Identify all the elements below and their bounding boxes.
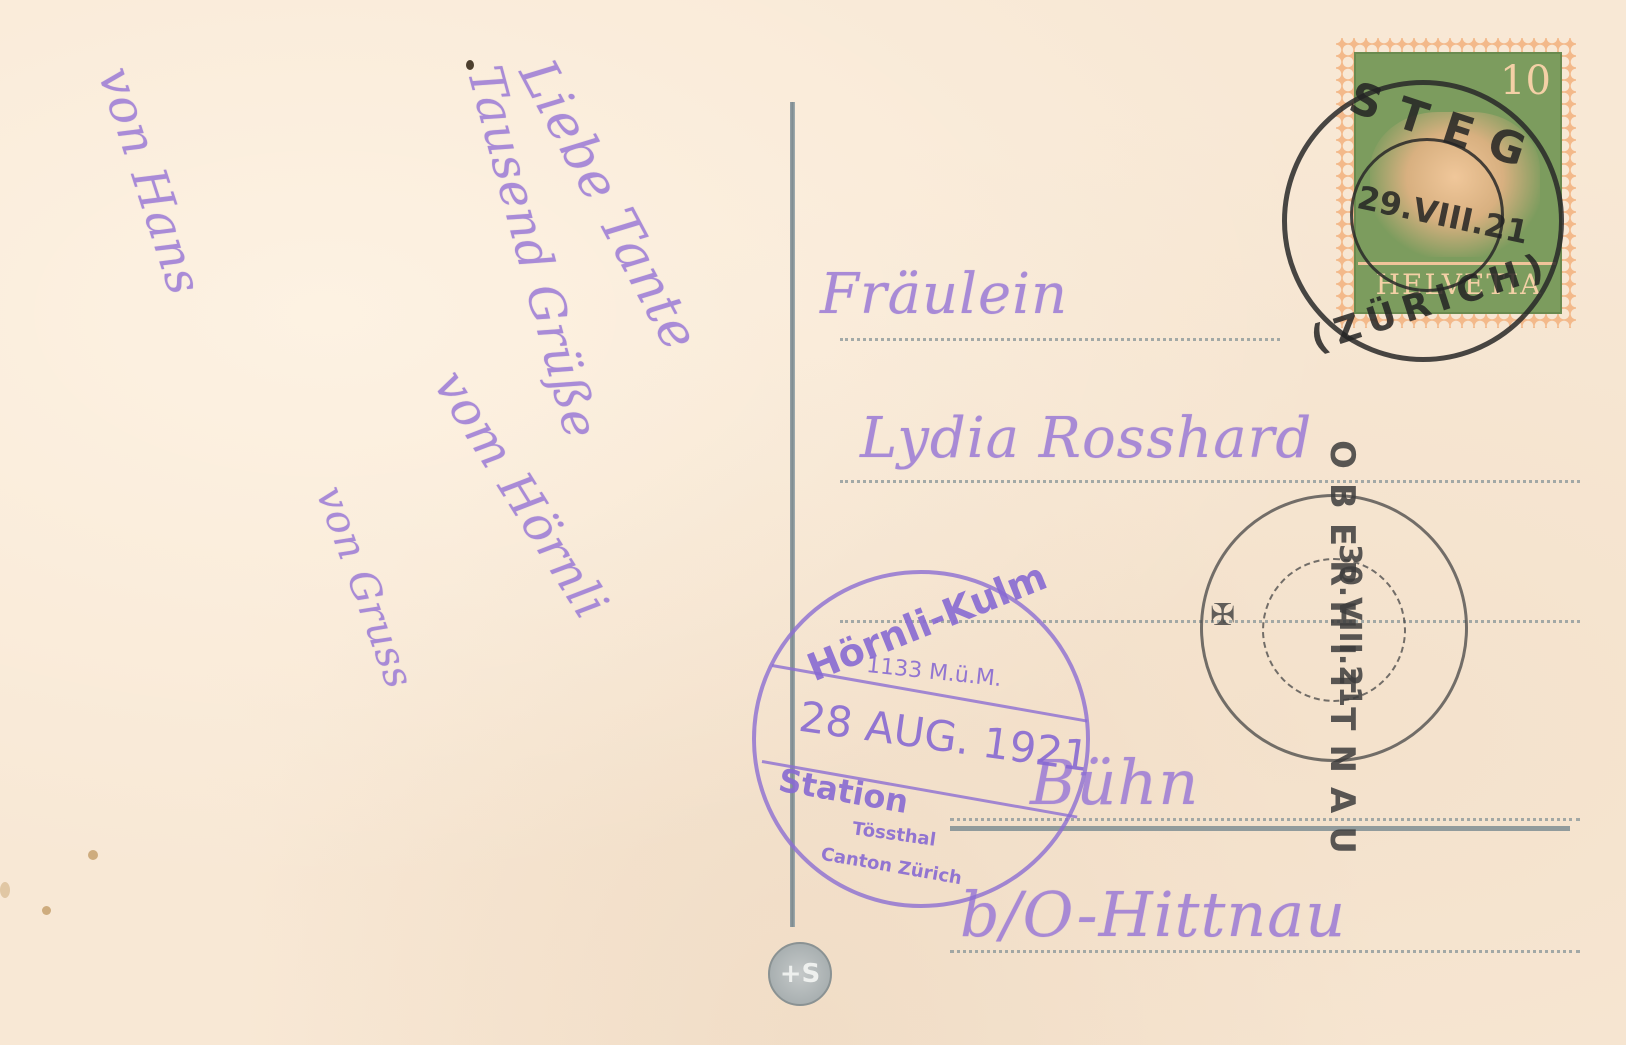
- address-rule-1: [840, 338, 1280, 341]
- publisher-logo-icon: +S: [768, 942, 832, 1006]
- address-line-1: Fräulein: [820, 262, 1068, 327]
- stain: [466, 60, 474, 70]
- message-line: von Gruss: [307, 480, 423, 695]
- stain: [88, 850, 98, 860]
- stain: [42, 906, 51, 915]
- stamp-value: 10: [1500, 58, 1551, 104]
- stain: [0, 882, 10, 898]
- postcard-reverse: von Hans Liebe Tante Tausend Grüße vom H…: [0, 0, 1626, 1045]
- address-line-4: b/O-Hittnau: [960, 878, 1346, 951]
- swiss-cross-icon: ✠: [1210, 598, 1235, 633]
- address-line-2: Lydia Rosshard: [860, 406, 1312, 471]
- message-line: von Hans: [87, 60, 213, 302]
- oberhittnau-postmark-date: 30.VIII.21: [1332, 544, 1367, 707]
- address-rule-2: [840, 480, 1580, 483]
